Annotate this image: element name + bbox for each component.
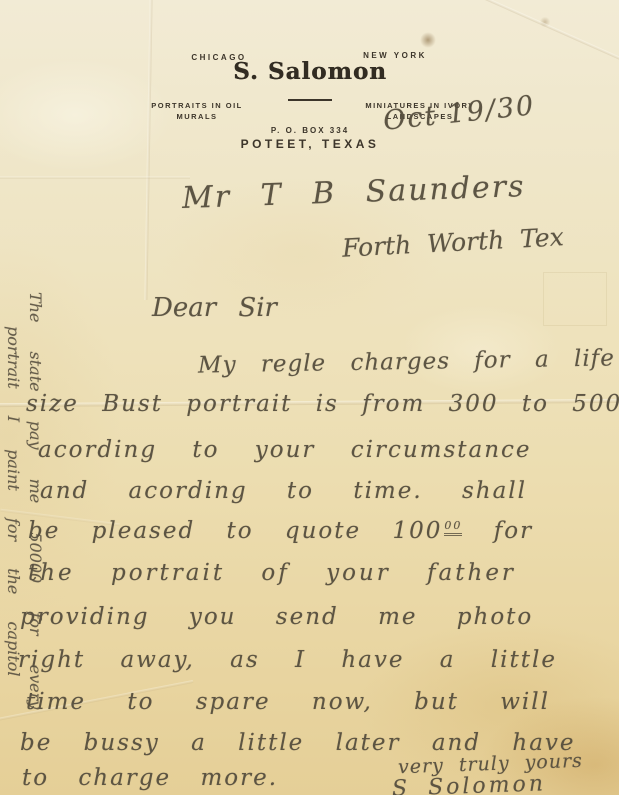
handwritten-date: Oct 19/30 (382, 90, 537, 137)
body-line-2-text: size Bust portrait is from 300 to 500 (26, 391, 619, 417)
signature: S Solomon (392, 771, 547, 795)
margin-note-line-2: portrait I paint for the capitol (2, 292, 24, 762)
recipient-name: Mr T B Saunders (181, 169, 526, 216)
body-line-6: the portrait of your father (28, 560, 516, 586)
margin-note: The state pay me 50000 for every portrai… (2, 292, 46, 762)
body-line-5-text-after: for (462, 518, 533, 544)
crease-vertical-left (144, 0, 152, 300)
body-line-9: time to spare now, but will (26, 689, 550, 715)
letter-page: CHICAGO NEW YORK S. Salomon PORTRAITS IN… (0, 0, 619, 795)
crease-mid-left (0, 176, 190, 179)
letterhead-business-name: S. Salomon (210, 58, 410, 85)
letterhead-services-left: PORTRAITS IN OIL MURALS (122, 100, 272, 122)
body-line-4: and acording to time. shall (40, 478, 527, 504)
letterhead-rule (288, 99, 332, 101)
body-line-5-superscript: 00 (444, 519, 462, 536)
body-line-3: acording to your circumstance (38, 437, 532, 463)
margin-note-superscript: 00 (26, 563, 45, 583)
letterhead-po-box: P. O. BOX 334 (235, 126, 385, 135)
body-line-1: My regle charges for a life (198, 345, 615, 378)
body-line-11: to charge more. (22, 765, 278, 791)
recipient-city: Forth Worth Tex (341, 222, 564, 263)
body-line-2: size Bust portrait is from 300 to 50000 (26, 391, 619, 417)
body-line-5: be pleased to quote 10000 for (28, 518, 533, 544)
body-line-8: right away, as I have a little (18, 647, 557, 673)
salutation: Dear Sir (152, 293, 277, 323)
body-line-5-text: be pleased to quote 100 (28, 518, 442, 544)
service-portraits-in-oil: PORTRAITS IN OIL (122, 100, 272, 111)
service-murals: MURALS (122, 111, 272, 122)
letterhead-location: POTEET, TEXAS (210, 137, 410, 151)
embossed-mark (543, 272, 607, 326)
margin-note-line-1: The state pay me 50000 for every (24, 292, 46, 762)
margin-note-line-1-after: for every (26, 583, 45, 709)
body-line-7: providing you send me photo (20, 604, 533, 630)
margin-note-line-1-text: The state pay me 500 (26, 292, 45, 563)
crease-top-right (463, 0, 619, 72)
